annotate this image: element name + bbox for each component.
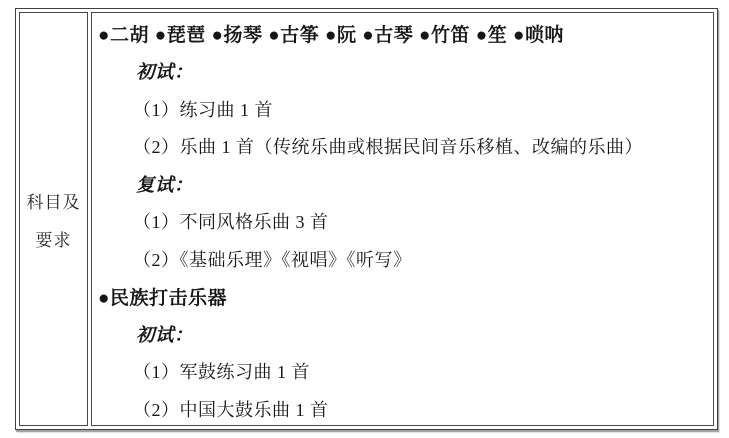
requirements-content-cell: ●二胡 ●琵琶 ●扬琴 ●古筝 ●阮 ●古琴 ●竹笛 ●笙 ●唢呐初试：（1）练…: [91, 12, 714, 426]
requirement-line: （2）乐曲 1 首（传统乐曲或根据民间音乐移植、改编的乐曲）: [92, 128, 707, 166]
requirement-line: ●民族打击乐器: [92, 278, 707, 316]
requirement-line: （1）军鼓练习曲 1 首: [92, 353, 707, 391]
requirement-line: （1）练习曲 1 首: [92, 90, 707, 128]
requirement-line: ●二胡 ●琵琶 ●扬琴 ●古筝 ●阮 ●古琴 ●竹笛 ●笙 ●唢呐: [92, 15, 707, 53]
requirement-line: （2）中国大鼓乐曲 1 首: [92, 390, 707, 426]
requirement-line: 初试：: [92, 53, 707, 91]
requirement-line: （2）《基础乐理》《视唱》《听写》: [92, 240, 707, 278]
requirement-line: 复试：: [92, 165, 707, 203]
row-header-label-line: 要求: [36, 226, 72, 251]
requirement-line: （1）不同风格乐曲 3 首: [92, 203, 707, 241]
requirement-line: 初试：: [92, 315, 707, 353]
row-header-cell: 科目及 要求: [19, 12, 88, 426]
row-header-label-line: 科目及: [27, 188, 81, 213]
requirements-table: 科目及 要求 ●二胡 ●琵琶 ●扬琴 ●古筝 ●阮 ●古琴 ●竹笛 ●笙 ●唢呐…: [15, 8, 718, 430]
